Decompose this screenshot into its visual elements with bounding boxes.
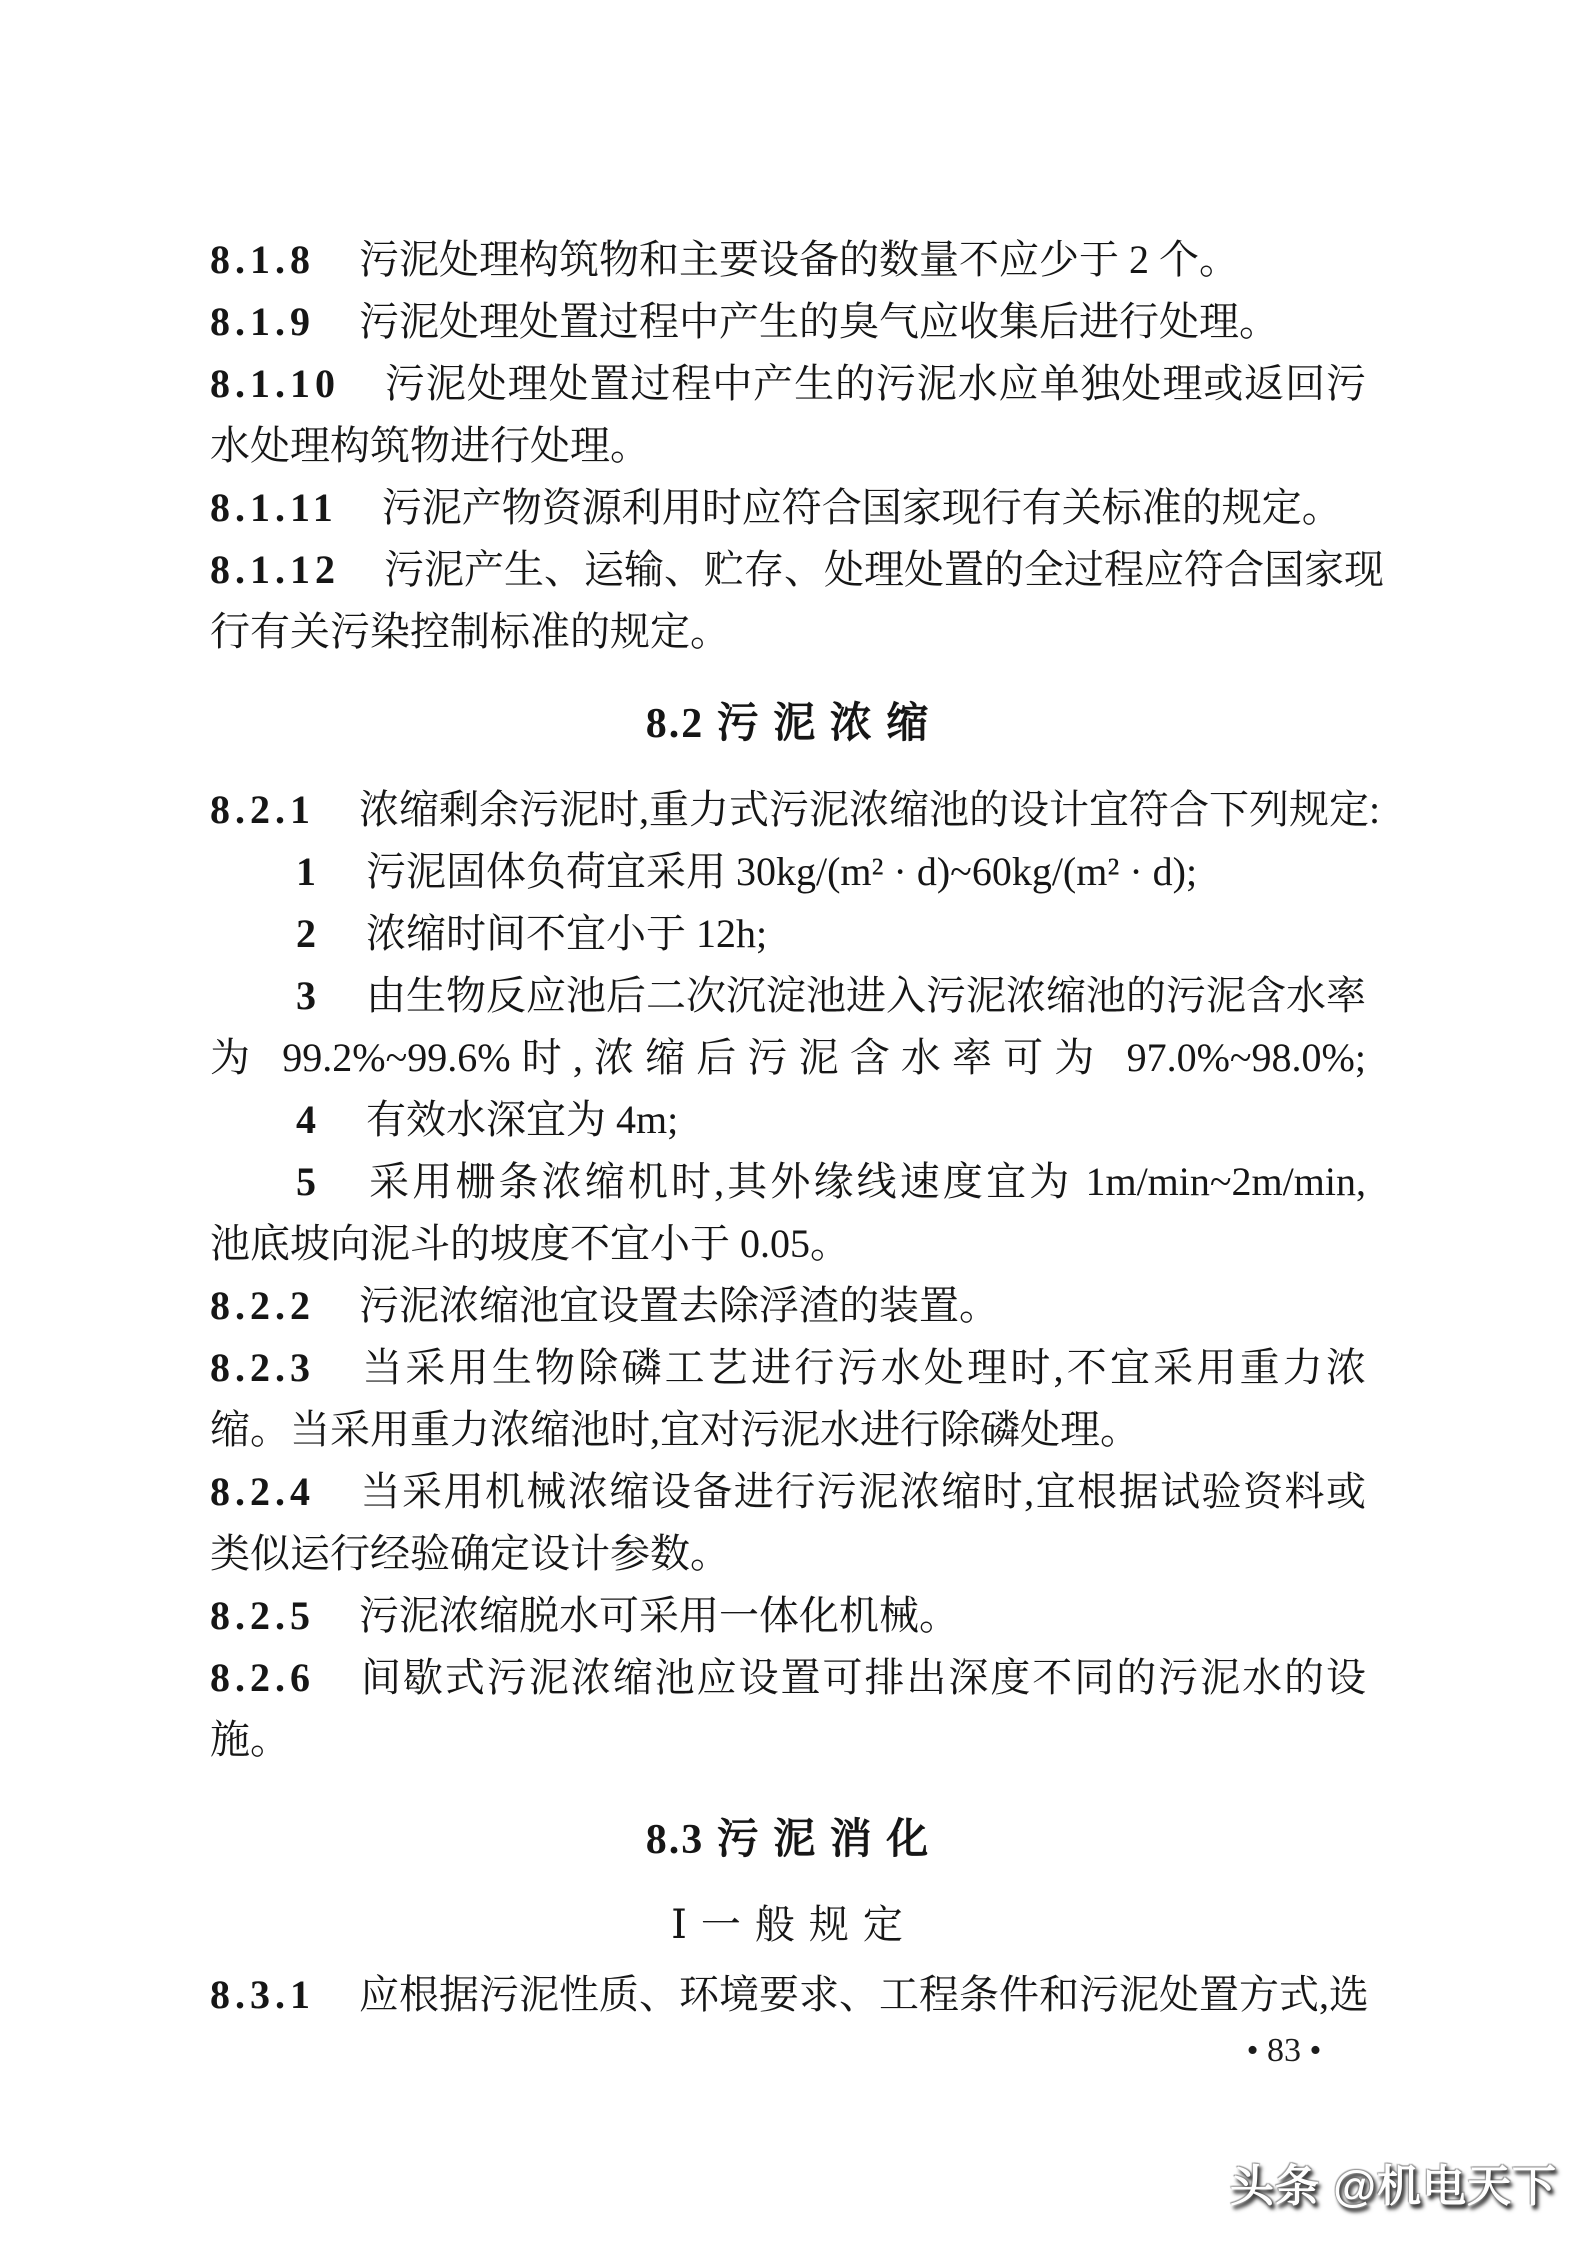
clause-line: 8.2.4当采用机械浓缩设备进行污泥浓缩时,宜根据试验资料或 [210,1461,1366,1523]
clause-text: 污泥处理处置过程中产生的污泥水应单独处理或返回污 [384,361,1366,406]
clause-continuation-line: 水处理构筑物进行处理。 [210,415,1366,477]
clause-line: 8.1.8污泥处理构筑物和主要设备的数量不应少于 2 个。 [210,229,1366,291]
watermark: 头条 @机电天下 [1230,2150,1557,2214]
clause-continuation-line: 为 99.2%~99.6%时,浓缩后污泥含水率可为 97.0%~98.0%; [210,1027,1366,1089]
clause-number: 8.2.6 [210,1655,315,1700]
clause-number: 8.1.10 [210,361,340,406]
clause-line: 8.2.3当采用生物除磷工艺进行污水处理时,不宜采用重力浓 [210,1337,1366,1399]
clause-text: 由生物反应池后二次沉淀池进入污泥浓缩池的污泥含水率 [366,973,1366,1018]
clause-continuation-line: 缩。当采用重力浓缩池时,宜对污泥水进行除磷处理。 [210,1399,1366,1461]
sub-item-line: 1污泥固体负荷宜采用 30kg/(m² · d)~60kg/(m² · d); [210,841,1366,903]
document-page: 8.1.8污泥处理构筑物和主要设备的数量不应少于 2 个。 8.1.9污泥处理处… [0,0,1587,2245]
clause-text: 应根据污泥性质、环境要求、工程条件和污泥处置方式,选 [359,1972,1369,2017]
clause-text: 施。 [210,1717,290,1762]
clause-text: 有效水深宜为 4m; [366,1097,678,1142]
clause-number: 8.2.4 [210,1469,315,1514]
sub-item-line: 4有效水深宜为 4m; [210,1089,1366,1151]
clause-text: 缩。当采用重力浓缩池时,宜对污泥水进行除磷处理。 [210,1407,1140,1452]
sub-item-number: 4 [296,1097,316,1142]
clause-number: 8.2.2 [210,1283,315,1328]
clause-text: 水处理构筑物进行处理。 [210,423,650,468]
clause-line: 8.1.12污泥产生、运输、贮存、处理处置的全过程应符合国家现 [210,539,1366,601]
clause-text: 当采用机械浓缩设备进行污泥浓缩时,宜根据试验资料或 [359,1469,1366,1514]
clause-text: 污泥浓缩脱水可采用一体化机械。 [359,1593,959,1638]
clause-text: 当采用生物除磷工艺进行污水处理时,不宜采用重力浓 [359,1345,1366,1390]
clause-continuation-line: 行有关污染控制标准的规定。 [210,601,1366,663]
document-body: 8.1.8污泥处理构筑物和主要设备的数量不应少于 2 个。 8.1.9污泥处理处… [210,229,1366,2026]
sub-item-number: 5 [296,1159,316,1204]
clause-text: 污泥处理处置过程中产生的臭气应收集后进行处理。 [359,299,1279,344]
clause-line: 8.1.10污泥处理处置过程中产生的污泥水应单独处理或返回污 [210,353,1366,415]
section-heading-8-2: 8.2 污 泥 浓 缩 [210,693,1366,755]
sub-item-number: 1 [296,849,316,894]
clause-number: 8.1.8 [210,237,315,282]
clause-text: 间歇式污泥浓缩池应设置可排出深度不同的污泥水的设 [359,1655,1366,1700]
clause-number: 8.2.3 [210,1345,315,1390]
clause-line: 8.2.2污泥浓缩池宜设置去除浮渣的装置。 [210,1275,1366,1337]
clause-number: 8.1.11 [210,485,338,530]
clause-text: 行有关污染控制标准的规定。 [210,609,730,654]
clause-number: 8.2.1 [210,787,315,832]
clause-line: 8.1.9污泥处理处置过程中产生的臭气应收集后进行处理。 [210,291,1366,353]
clause-text: 采用栅条浓缩机时,其外缘线速度宜为 1m/min~2m/min, [366,1159,1366,1204]
page-number: • 83 • [1204,2030,1364,2072]
clause-line: 8.3.1应根据污泥性质、环境要求、工程条件和污泥处置方式,选 [210,1964,1366,2026]
clause-text: 池底坡向泥斗的坡度不宜小于 0.05。 [210,1221,850,1266]
clause-continuation-line: 类似运行经验确定设计参数。 [210,1523,1366,1585]
clause-line: 8.1.11污泥产物资源利用时应符合国家现行有关标准的规定。 [210,477,1366,539]
clause-text: 类似运行经验确定设计参数。 [210,1531,730,1576]
clause-text: 污泥固体负荷宜采用 30kg/(m² · d)~60kg/(m² · d); [366,849,1197,894]
subsection-heading-general: Ⅰ 一 般 规 定 [210,1894,1366,1956]
sub-item-number: 3 [296,973,316,1018]
clause-number: 8.3.1 [210,1972,315,2017]
sub-item-number: 2 [296,911,316,956]
clause-number: 8.1.9 [210,299,315,344]
clause-text: 浓缩剩余污泥时,重力式污泥浓缩池的设计宜符合下列规定: [359,787,1380,832]
clause-text: 污泥产物资源利用时应符合国家现行有关标准的规定。 [382,485,1342,530]
clause-text: 污泥产生、运输、贮存、处理处置的全过程应符合国家现 [384,547,1384,592]
clause-text: 浓缩时间不宜小于 12h; [366,911,767,956]
sub-item-line: 5采用栅条浓缩机时,其外缘线速度宜为 1m/min~2m/min, [210,1151,1366,1213]
clause-number: 8.1.12 [210,547,340,592]
sub-item-line: 3由生物反应池后二次沉淀池进入污泥浓缩池的污泥含水率 [210,965,1366,1027]
clause-text: 污泥处理构筑物和主要设备的数量不应少于 2 个。 [359,237,1239,282]
clause-line: 8.2.1浓缩剩余污泥时,重力式污泥浓缩池的设计宜符合下列规定: [210,779,1366,841]
clause-text: 污泥浓缩池宜设置去除浮渣的装置。 [359,1283,999,1328]
clause-continuation-line: 施。 [210,1709,1366,1771]
clause-line: 8.2.6间歇式污泥浓缩池应设置可排出深度不同的污泥水的设 [210,1647,1366,1709]
clause-continuation-line: 池底坡向泥斗的坡度不宜小于 0.05。 [210,1213,1366,1275]
clause-line: 8.2.5污泥浓缩脱水可采用一体化机械。 [210,1585,1366,1647]
clause-number: 8.2.5 [210,1593,315,1638]
sub-item-line: 2浓缩时间不宜小于 12h; [210,903,1366,965]
clause-text: 为 99.2%~99.6%时,浓缩后污泥含水率可为 97.0%~98.0%; [210,1035,1366,1080]
section-heading-8-3: 8.3 污 泥 消 化 [210,1809,1366,1871]
